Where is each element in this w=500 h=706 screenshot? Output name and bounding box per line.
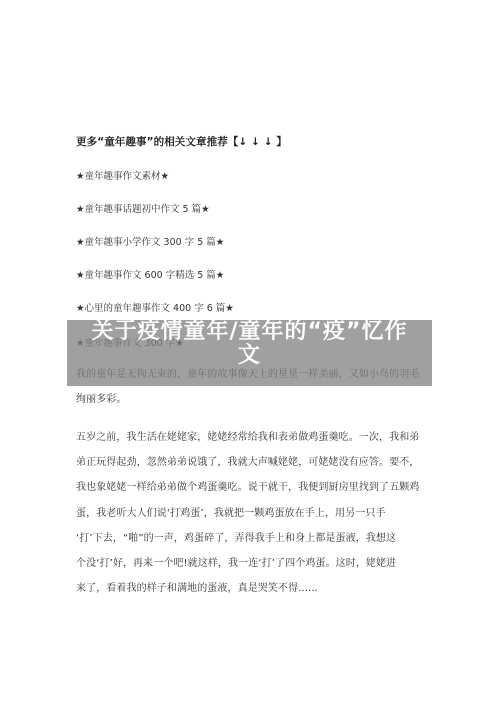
recommendation-link[interactable]: ★童年趣事作文素材★: [76, 170, 436, 184]
paragraph-line: 个没‘打’好，再来一个吧!就这样，我一连‘打’了四个鸡蛋。这时，姥姥进: [76, 551, 438, 576]
recommendation-link[interactable]: ★心里的童年趣事作文 400 字 6 篇★: [76, 302, 436, 316]
recommendation-link[interactable]: ★童年趣事作文 600 字精选 5 篇★: [76, 269, 436, 283]
paragraph-line: 弟正玩得起劲，忽然弟弟说饿了，我就大声喊姥姥，可姥姥没有应答。要不，: [76, 450, 438, 475]
paragraph-line: 五岁之前，我生活在姥姥家，姥姥经常给我和表弟做鸡蛋羹吃。一次，我和弟: [76, 425, 438, 450]
paragraph-line: ‘打’下去，“啪”的一声，鸡蛋碎了，弄得我手上和身上都是蛋液，我想这: [76, 526, 438, 551]
paragraph-line: 我也象姥姥一样给弟弟做个鸡蛋羹吃。说干就干，我便到厨房里找到了五颗鸡: [76, 475, 438, 500]
recommendation-link[interactable]: ★童年趣事话题初中作文 5 篇★: [76, 203, 436, 217]
recommendation-heading: 更多“童年趣事”的相关文章推荐【↓ ↓ ↓ 】: [76, 134, 436, 150]
recommendation-link[interactable]: ★童年趣事小学作文 300 字 5 篇★: [76, 236, 436, 250]
article-paragraph: 五岁之前，我生活在姥姥家，姥姥经常给我和表弟做鸡蛋羹吃。一次，我和弟 弟正玩得起…: [76, 425, 438, 601]
document-page: 更多“童年趣事”的相关文章推荐【↓ ↓ ↓ 】 ★童年趣事作文素材★ ★童年趣事…: [0, 0, 500, 706]
overlay-title-line: 关于疫情童年/童年的“疫”忆作: [67, 320, 432, 344]
paragraph-line: 来了，看着我的样子和满地的蛋液，真是哭笑不得......: [76, 576, 438, 601]
overlay-title-line: 文: [67, 344, 432, 368]
paragraph-line: 蛋，我老听大人们说‘打鸡蛋’，我就把一颗鸡蛋放在手上，用另一只手: [76, 501, 438, 526]
overlay-title: 关于疫情童年/童年的“疫”忆作 文: [67, 320, 432, 368]
recommendation-section: 更多“童年趣事”的相关文章推荐【↓ ↓ ↓ 】 ★童年趣事作文素材★ ★童年趣事…: [76, 134, 436, 316]
paragraph-line: 绚丽多彩。: [76, 387, 438, 412]
